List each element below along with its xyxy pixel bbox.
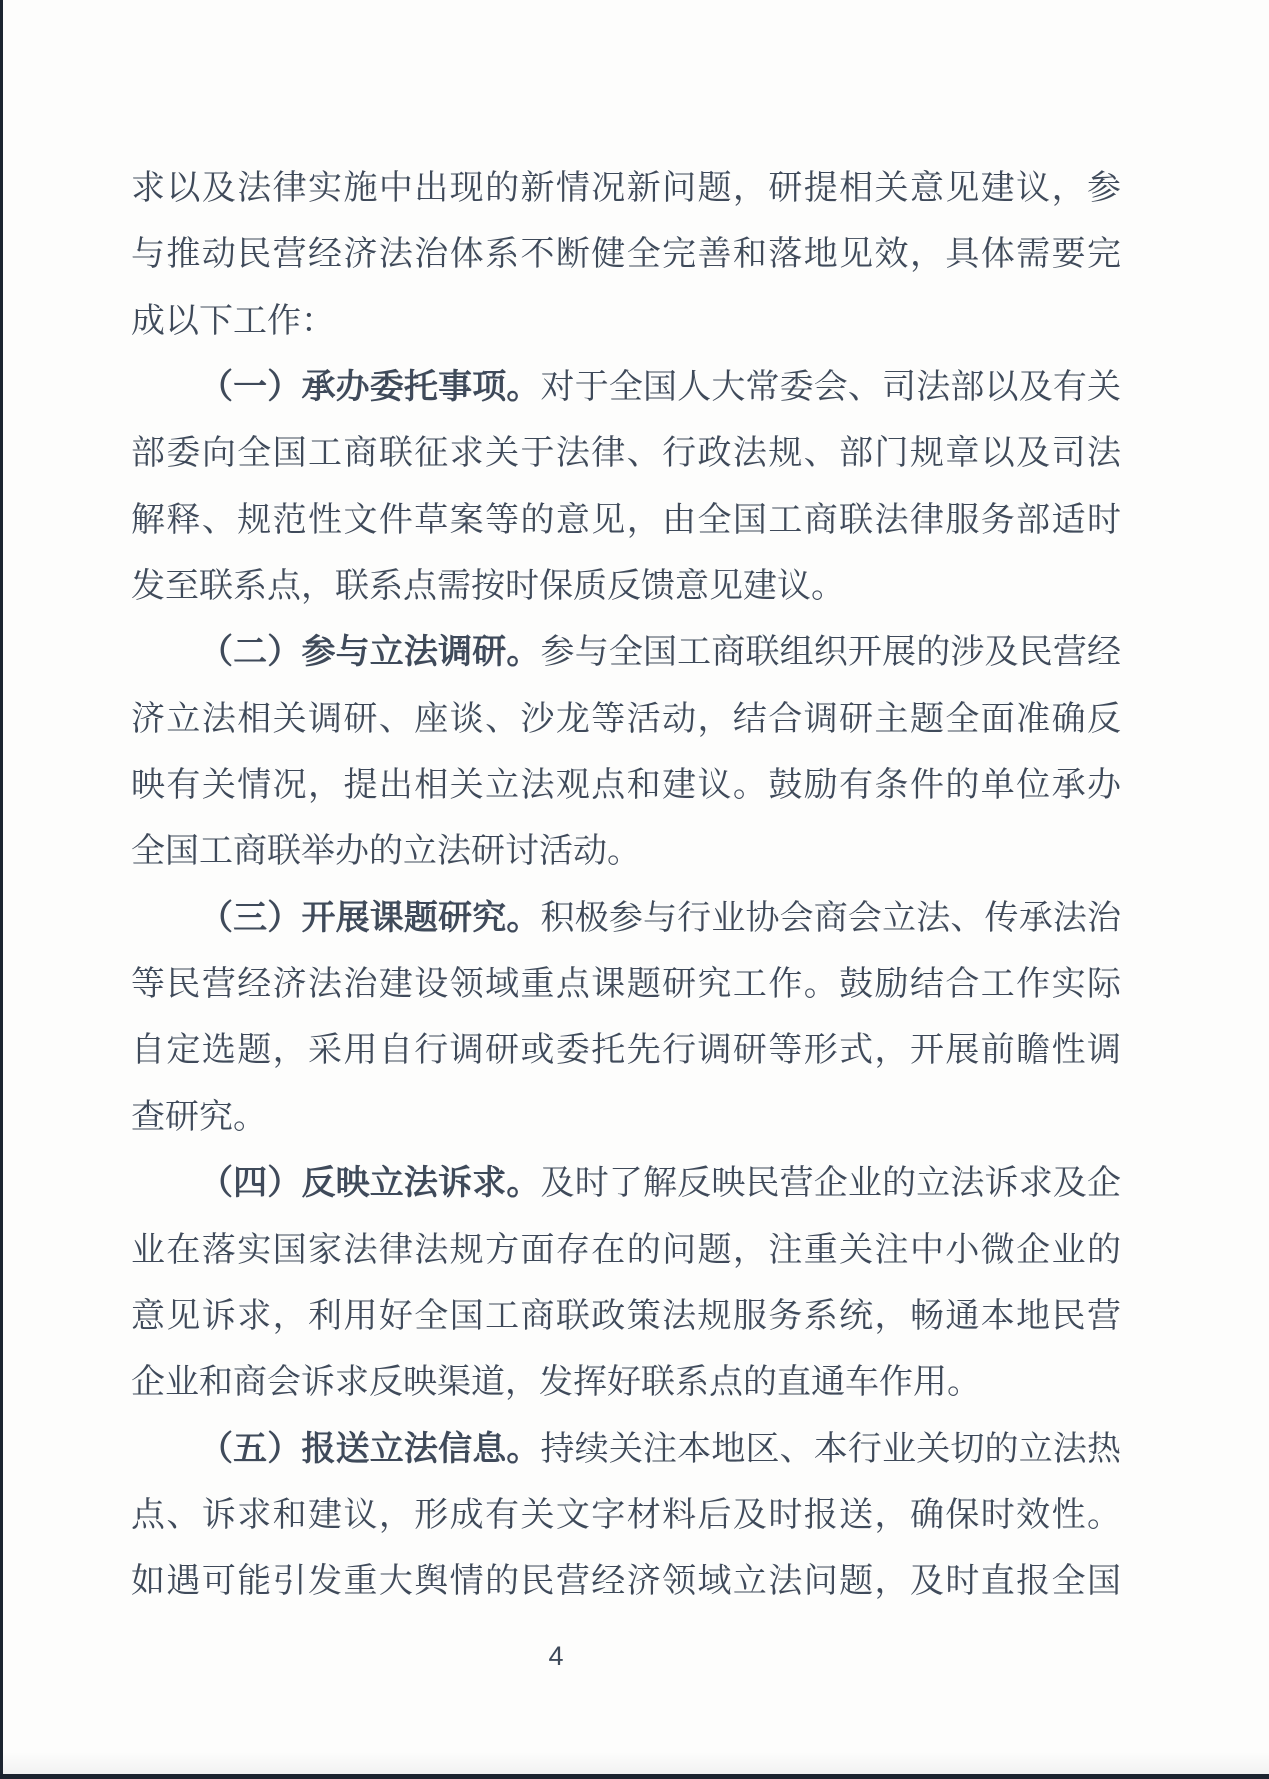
text-line: 业在落实国家法律法规方面存在的问题，注重关注中小微企业的 bbox=[131, 1218, 1121, 1284]
line-text: 持续关注本地区、本行业关切的立法热 bbox=[541, 1431, 1121, 1468]
paragraph-lead: （四）反映立法诉求。 bbox=[199, 1165, 541, 1202]
line-text: 求以及法律实施中出现的新情况新问题，研提相关意见建议，参 bbox=[131, 170, 1121, 207]
line-text: 等民营经济法治建设领域重点课题研究工作。鼓励结合工作实际 bbox=[131, 966, 1121, 1003]
paragraph-lead: （一）承办委托事项。 bbox=[199, 369, 541, 406]
text-line: 映有关情况，提出相关立法观点和建议。鼓励有条件的单位承办 bbox=[131, 753, 1121, 819]
text-line: 如遇可能引发重大舆情的民营经济领域立法问题，及时直报全国 bbox=[131, 1549, 1121, 1615]
line-text: 业在落实国家法律法规方面存在的问题，注重关注中小微企业的 bbox=[131, 1232, 1121, 1269]
line-text: 全国工商联举办的立法研讨活动。 bbox=[131, 833, 641, 870]
line-text: 对于全国人大常委会、司法部以及有关 bbox=[541, 369, 1121, 406]
text-line: 自定选题，采用自行调研或委托先行调研等形式，开展前瞻性调 bbox=[131, 1018, 1121, 1084]
text-line: （一）承办委托事项。对于全国人大常委会、司法部以及有关 bbox=[131, 355, 1121, 421]
line-text: 自定选题，采用自行调研或委托先行调研等形式，开展前瞻性调 bbox=[131, 1032, 1121, 1069]
page-number: 4 bbox=[520, 1640, 592, 1672]
scan-edge-bottom bbox=[0, 1774, 1269, 1779]
text-line: 与推动民营经济法治体系不断健全完善和落地见效，具体需要完 bbox=[131, 222, 1121, 288]
line-text: 如遇可能引发重大舆情的民营经济领域立法问题，及时直报全国 bbox=[131, 1563, 1121, 1600]
text-line: 解释、规范性文件草案等的意见，由全国工商联法律服务部适时 bbox=[131, 488, 1121, 554]
paragraph-lead: （二）参与立法调研。 bbox=[199, 634, 541, 671]
text-line: 点、诉求和建议，形成有关文字材料后及时报送，确保时效性。 bbox=[131, 1483, 1121, 1549]
text-line: 查研究。 bbox=[131, 1085, 1121, 1151]
text-line: （五）报送立法信息。持续关注本地区、本行业关切的立法热 bbox=[131, 1417, 1121, 1483]
scan-edge-left bbox=[0, 0, 3, 1779]
document-page: 求以及法律实施中出现的新情况新问题，研提相关意见建议，参与推动民营经济法治体系不… bbox=[0, 0, 1269, 1779]
line-text: 成以下工作： bbox=[131, 303, 335, 340]
text-line: 发至联系点，联系点需按时保质反馈意见建议。 bbox=[131, 554, 1121, 620]
text-line: 企业和商会诉求反映渠道，发挥好联系点的直通车作用。 bbox=[131, 1350, 1121, 1416]
line-text: 及时了解反映民营企业的立法诉求及企 bbox=[541, 1165, 1121, 1202]
text-line: （三）开展课题研究。积极参与行业协会商会立法、传承法治 bbox=[131, 886, 1121, 952]
text-line: （四）反映立法诉求。及时了解反映民营企业的立法诉求及企 bbox=[131, 1151, 1121, 1217]
line-text: 企业和商会诉求反映渠道，发挥好联系点的直通车作用。 bbox=[131, 1364, 981, 1401]
text-line: 全国工商联举办的立法研讨活动。 bbox=[131, 819, 1121, 885]
line-text: 与推动民营经济法治体系不断健全完善和落地见效，具体需要完 bbox=[131, 236, 1121, 273]
text-line: （二）参与立法调研。参与全国工商联组织开展的涉及民营经 bbox=[131, 620, 1121, 686]
paragraph-lead: （五）报送立法信息。 bbox=[199, 1431, 541, 1468]
line-text: 积极参与行业协会商会立法、传承法治 bbox=[541, 900, 1121, 937]
document-body: 求以及法律实施中出现的新情况新问题，研提相关意见建议，参与推动民营经济法治体系不… bbox=[131, 156, 1121, 1616]
paragraph-lead: （三）开展课题研究。 bbox=[199, 900, 541, 937]
line-text: 点、诉求和建议，形成有关文字材料后及时报送，确保时效性。 bbox=[131, 1497, 1121, 1534]
text-line: 成以下工作： bbox=[131, 289, 1121, 355]
line-text: 意见诉求，利用好全国工商联政策法规服务系统，畅通本地民营 bbox=[131, 1298, 1121, 1335]
line-text: 部委向全国工商联征求关于法律、行政法规、部门规章以及司法 bbox=[131, 435, 1121, 472]
line-text: 解释、规范性文件草案等的意见，由全国工商联法律服务部适时 bbox=[131, 502, 1121, 539]
line-text: 查研究。 bbox=[131, 1099, 267, 1136]
line-text: 济立法相关调研、座谈、沙龙等活动，结合调研主题全面准确反 bbox=[131, 701, 1121, 738]
text-line: 求以及法律实施中出现的新情况新问题，研提相关意见建议，参 bbox=[131, 156, 1121, 222]
text-line: 济立法相关调研、座谈、沙龙等活动，结合调研主题全面准确反 bbox=[131, 687, 1121, 753]
text-line: 部委向全国工商联征求关于法律、行政法规、部门规章以及司法 bbox=[131, 421, 1121, 487]
line-text: 参与全国工商联组织开展的涉及民营经 bbox=[541, 634, 1121, 671]
text-line: 意见诉求，利用好全国工商联政策法规服务系统，畅通本地民营 bbox=[131, 1284, 1121, 1350]
scan-shade-bottom bbox=[0, 1752, 1269, 1774]
line-text: 映有关情况，提出相关立法观点和建议。鼓励有条件的单位承办 bbox=[131, 767, 1121, 804]
text-line: 等民营经济法治建设领域重点课题研究工作。鼓励结合工作实际 bbox=[131, 952, 1121, 1018]
line-text: 发至联系点，联系点需按时保质反馈意见建议。 bbox=[131, 568, 845, 605]
